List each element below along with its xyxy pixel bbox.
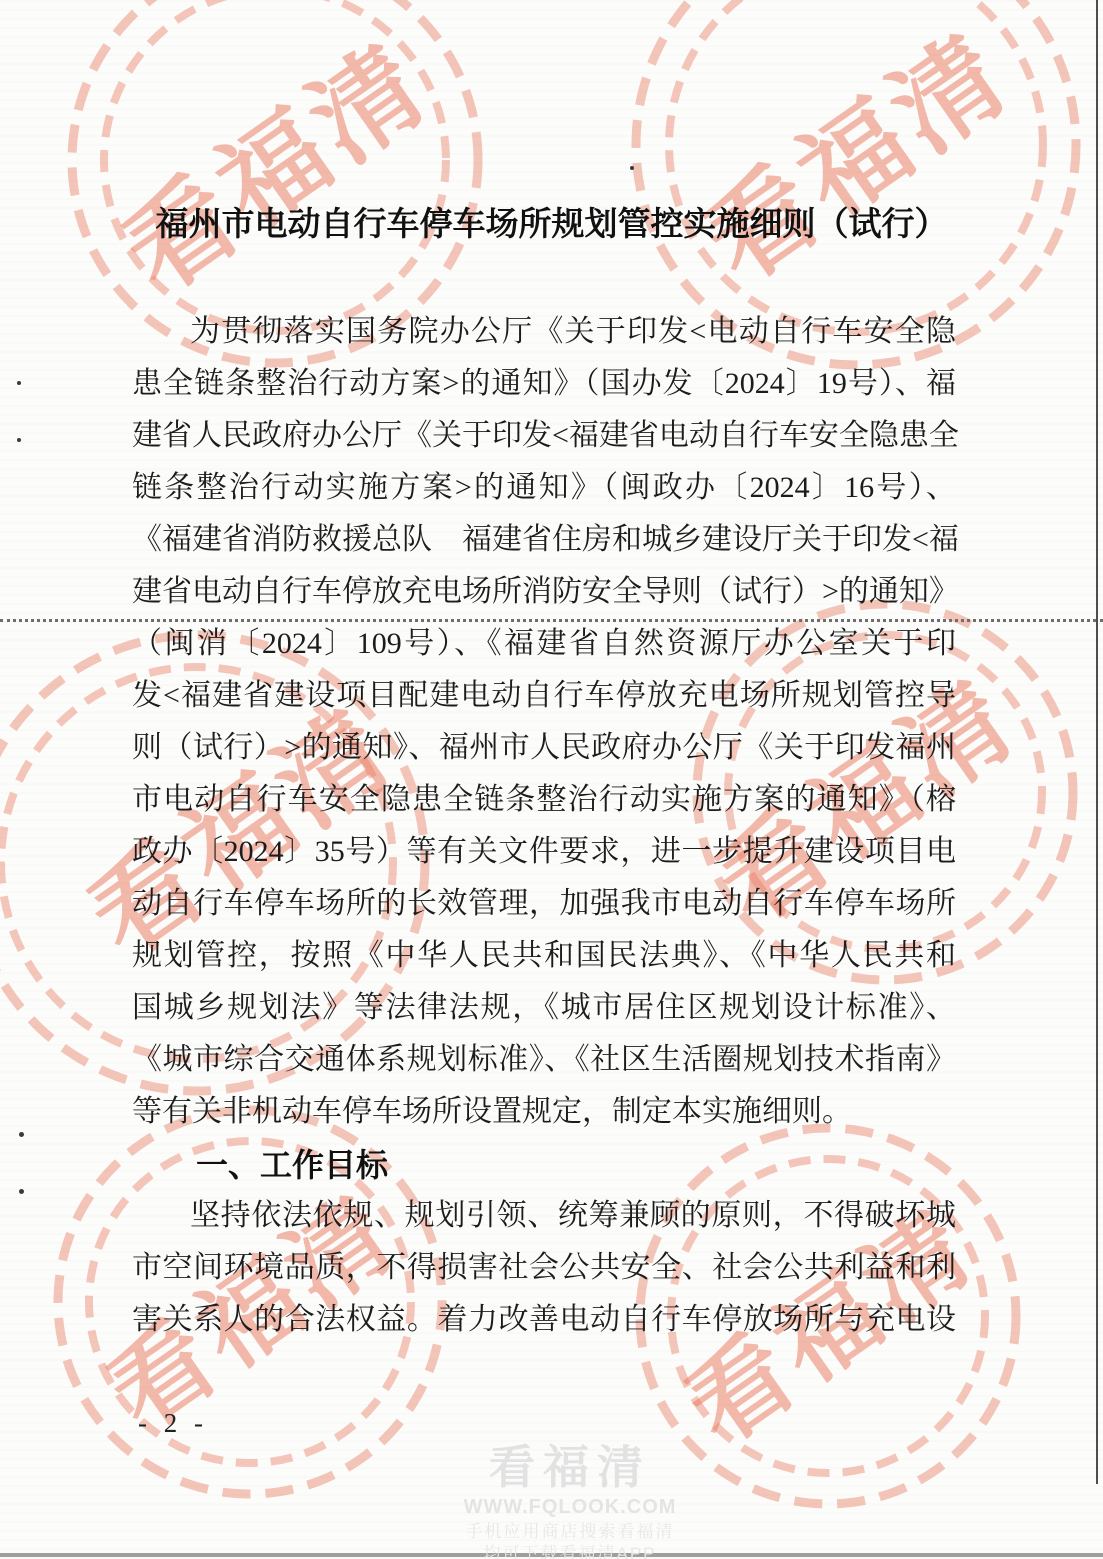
body-line: 规划管控，按照《中华人民共和国民法典》、《中华人民共和 xyxy=(132,934,956,978)
stamp-top-left: 看福清 xyxy=(72,0,478,363)
body-line: 政办〔2024〕35号）等有关文件要求，进一步提升建设项目电 xyxy=(132,830,956,874)
stamp-outer-ring xyxy=(72,0,478,363)
stamp-inner-ring xyxy=(669,0,1043,332)
body-line: 建省人民政府办公厅《关于印发<福建省电动自行车安全隐患全 xyxy=(132,414,956,458)
body-line: 患全链条整治行动方案>的通知》（国办发〔2024〕19号）、福 xyxy=(132,362,956,406)
section-heading: 一、工作目标 xyxy=(196,1143,388,1187)
scan-edge-line-right xyxy=(1096,0,1098,1484)
footer-watermark-url: WWW.FQLOOK.COM xyxy=(420,1496,720,1519)
body-line: 国城乡规划法》等法律法规，《城市居住区规划设计标准》、 xyxy=(132,986,956,1030)
body-line: 等有关非机动车停车场所设置规定，制定本实施细则。 xyxy=(132,1090,956,1134)
body-line: 建省电动自行车停放充电场所消防安全导则（试行）>的通知》 xyxy=(132,570,956,614)
footer-watermark-line1: 手机应用商店搜索看福清 xyxy=(420,1522,720,1542)
body-line: 链条整治行动实施方案>的通知》（闽政办〔2024〕16号）、 xyxy=(132,466,956,510)
body-line: 市电动自行车安全隐患全链条整治行动实施方案的通知》（榕 xyxy=(132,778,956,822)
body-line: 坚持依法依规、规划引领、统筹兼顾的原则，不得破坏城 xyxy=(132,1194,956,1238)
document-title: 福州市电动自行车停车场所规划管控实施细则（试行） xyxy=(0,203,1103,245)
scan-speck xyxy=(19,1189,24,1194)
body-line: 害关系人的合法权益。着力改善电动自行车停放场所与充电设 xyxy=(132,1298,956,1342)
footer-watermark-line2: 均可下载看福清APP xyxy=(420,1544,720,1559)
stamp-brand-text: 看福清 xyxy=(105,23,450,314)
body-line: 为贯彻落实国务院办公厅《关于印发<电动自行车安全隐 xyxy=(132,310,956,354)
scan-speck xyxy=(630,166,634,170)
body-line: 《城市综合交通体系规划标准》、《社区生活圈规划技术指南》 xyxy=(132,1038,956,1082)
page-number: - 2 - xyxy=(138,1408,208,1439)
body-line: 发<福建省建设项目配建电动自行车停放充电场所规划管控导 xyxy=(132,674,956,718)
scan-speck xyxy=(17,438,21,442)
fold-dotted-line xyxy=(0,619,1103,622)
body-line: 动自行车停车场所的长效管理，加强我市电动自行车停车场所 xyxy=(132,882,956,926)
body-line: （闽消〔2024〕109号）、《福建省自然资源厅办公室关于印 xyxy=(132,622,956,666)
body-line: 《福建省消防救援总队 福建省住房和城乡建设厅关于印发<福 xyxy=(132,518,956,562)
scan-speck xyxy=(19,1132,24,1137)
scanned-document-page: 看福清 看福清 看福清 看福清 看福清 看福清 xyxy=(0,0,1103,1559)
body-line: 市空间环境品质，不得损害社会公共安全、社会公共利益和利 xyxy=(132,1246,956,1290)
stamp-inner-ring xyxy=(104,0,446,331)
footer-watermark-brand: 看福清 xyxy=(420,1441,720,1494)
body-line: 则（试行）>的通知》、福州市人民政府办公厅《关于印发福州 xyxy=(132,726,956,770)
footer-watermark: 看福清 WWW.FQLOOK.COM 手机应用商店搜索看福清 均可下载看福清AP… xyxy=(420,1441,720,1559)
stamp-brand-text: 看福清 xyxy=(686,13,1031,304)
scan-speck xyxy=(17,381,21,385)
